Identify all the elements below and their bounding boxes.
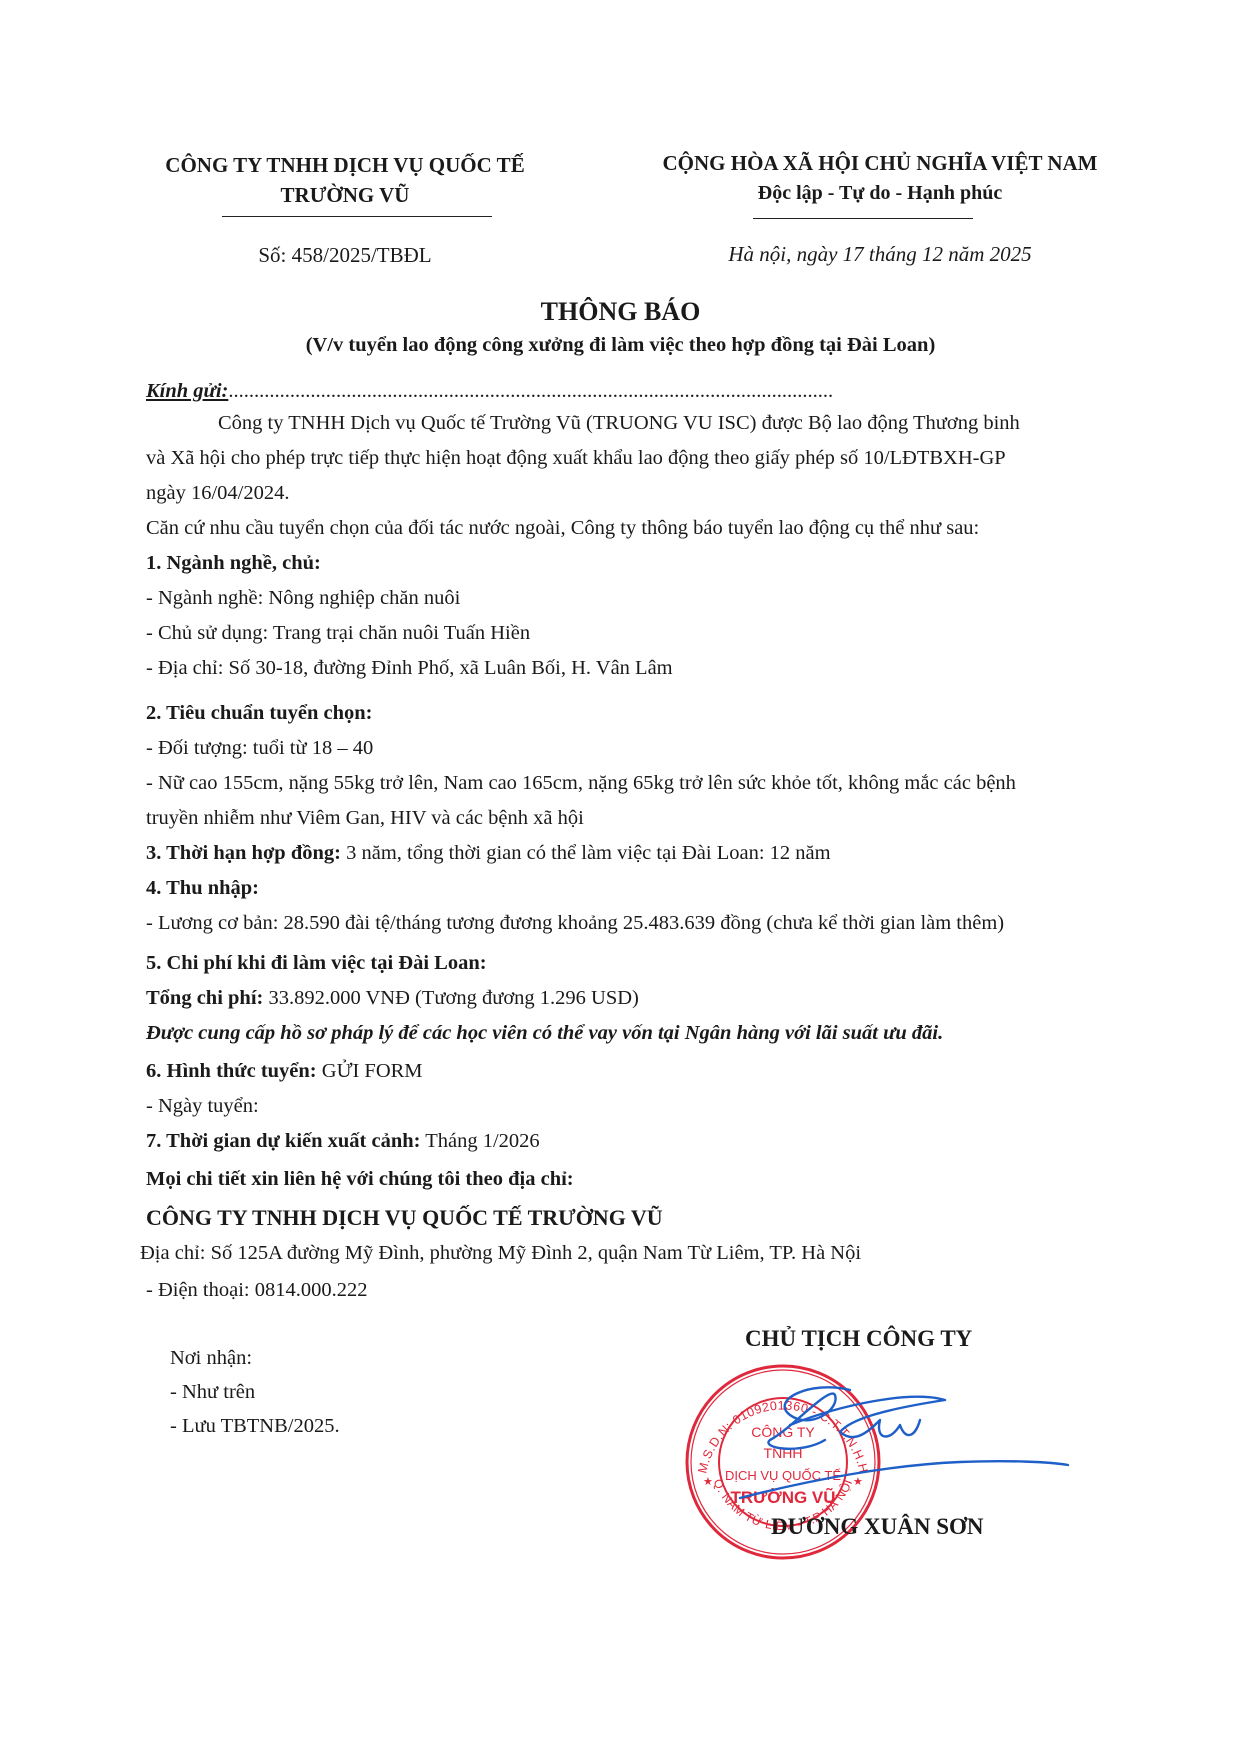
issuer-company-line2: TRƯỜNG VŨ [130,180,560,210]
page-title: THÔNG BÁO [0,297,1241,327]
signatory-name: DƯƠNG XUÂN SƠN [771,1514,984,1540]
section-2-item: - Đối tượng: tuổi từ 18 – 40 [146,737,373,760]
page-subtitle: (V/v tuyển lao động công xưởng đi làm vi… [0,334,1241,357]
section-1-heading: 1. Ngành nghề, chủ: [146,552,321,575]
motto-underline [753,218,973,219]
recipients-label: Nơi nhận: [170,1347,252,1370]
section-3-label: 3. Thời hạn hợp đồng: [146,842,341,864]
national-header: CỘNG HÒA XÃ HỘI CHỦ NGHĨA VIỆT NAM Độc l… [615,148,1145,208]
issuer-company-line1: CÔNG TY TNHH DỊCH VỤ QUỐC TẾ [130,150,560,180]
nation-title: CỘNG HÒA XÃ HỘI CHỦ NGHĨA VIỆT NAM [615,148,1145,178]
contact-address: Địa chỉ: Số 125A đường Mỹ Đình, phường M… [140,1242,861,1265]
document-date: Hà nội, ngày 17 tháng 12 năm 2025 [615,242,1145,267]
section-6-label: 6. Hình thức tuyển: [146,1060,317,1082]
section-6-value: GỬI FORM [317,1060,423,1082]
contact-phone: - Điện thoại: 0814.000.222 [146,1279,368,1302]
section-7-label: 7. Thời gian dự kiến xuất cảnh: [146,1130,420,1152]
section-1-item: - Chủ sử dụng: Trang trại chăn nuôi Tuấn… [146,622,530,645]
section-6-item: - Ngày tuyển: [146,1095,259,1118]
section-5-heading: 5. Chi phí khi đi làm việc tại Đài Loan: [146,952,487,975]
signatory-title: CHỦ TỊCH CÔNG TY [745,1326,972,1352]
issuer-underline [222,216,492,217]
section-2-item: truyền nhiễm như Viêm Gan, HIV và các bệ… [146,807,584,830]
intro-line-2: và Xã hội cho phép trực tiếp thực hiện h… [146,447,1006,470]
recipient-item: - Như trên [170,1381,255,1404]
intro-line-4: Căn cứ nhu cầu tuyển chọn của đối tác nư… [146,517,979,540]
stamp-star-icon: ★ [703,1476,713,1488]
addressee-line: Kính gửi:...............................… [146,380,833,403]
section-7-value: Tháng 1/2026 [420,1130,539,1152]
handwritten-signature [730,1370,1070,1510]
addressee-blank: ........................................… [228,380,833,402]
section-5-total-label: Tổng chi phí: [146,987,263,1009]
contact-company: CÔNG TY TNHH DỊCH VỤ QUỐC TẾ TRƯỜNG VŨ [146,1205,663,1231]
intro-line-3: ngày 16/04/2024. [146,482,290,505]
recipient-item: - Lưu TBTNB/2025. [170,1415,340,1438]
section-1-item: - Địa chỉ: Số 30-18, đường Đỉnh Phố, xã … [146,657,673,680]
section-5-note: Được cung cấp hồ sơ pháp lý để các học v… [146,1022,943,1045]
section-1-item: - Ngành nghề: Nông nghiệp chăn nuôi [146,587,460,610]
national-motto: Độc lập - Tự do - Hạnh phúc [615,178,1145,208]
contact-heading: Mọi chi tiết xin liên hệ với chúng tôi t… [146,1168,574,1191]
section-6-line: 6. Hình thức tuyển: GỬI FORM [146,1060,423,1083]
document-number: Số: 458/2025/TBĐL [130,243,560,268]
section-4-heading: 4. Thu nhập: [146,877,259,900]
issuer-company-name: CÔNG TY TNHH DỊCH VỤ QUỐC TẾ TRƯỜNG VŨ [130,150,560,210]
section-3-line: 3. Thời hạn hợp đồng: 3 năm, tổng thời g… [146,842,831,865]
addressee-label: Kính gửi: [146,380,228,402]
section-5-total-value: 33.892.000 VNĐ (Tương đương 1.296 USD) [263,987,639,1009]
section-3-value: 3 năm, tổng thời gian có thể làm việc tạ… [341,842,831,864]
section-2-item: - Nữ cao 155cm, nặng 55kg trở lên, Nam c… [146,772,1016,795]
section-7-line: 7. Thời gian dự kiến xuất cảnh: Tháng 1/… [146,1130,540,1153]
section-2-heading: 2. Tiêu chuẩn tuyển chọn: [146,702,373,725]
section-4-item: - Lương cơ bản: 28.590 đài tệ/tháng tươn… [146,912,1004,935]
intro-line-1: Công ty TNHH Dịch vụ Quốc tế Trường Vũ (… [218,412,1020,435]
section-5-total: Tổng chi phí: 33.892.000 VNĐ (Tương đươn… [146,987,639,1010]
